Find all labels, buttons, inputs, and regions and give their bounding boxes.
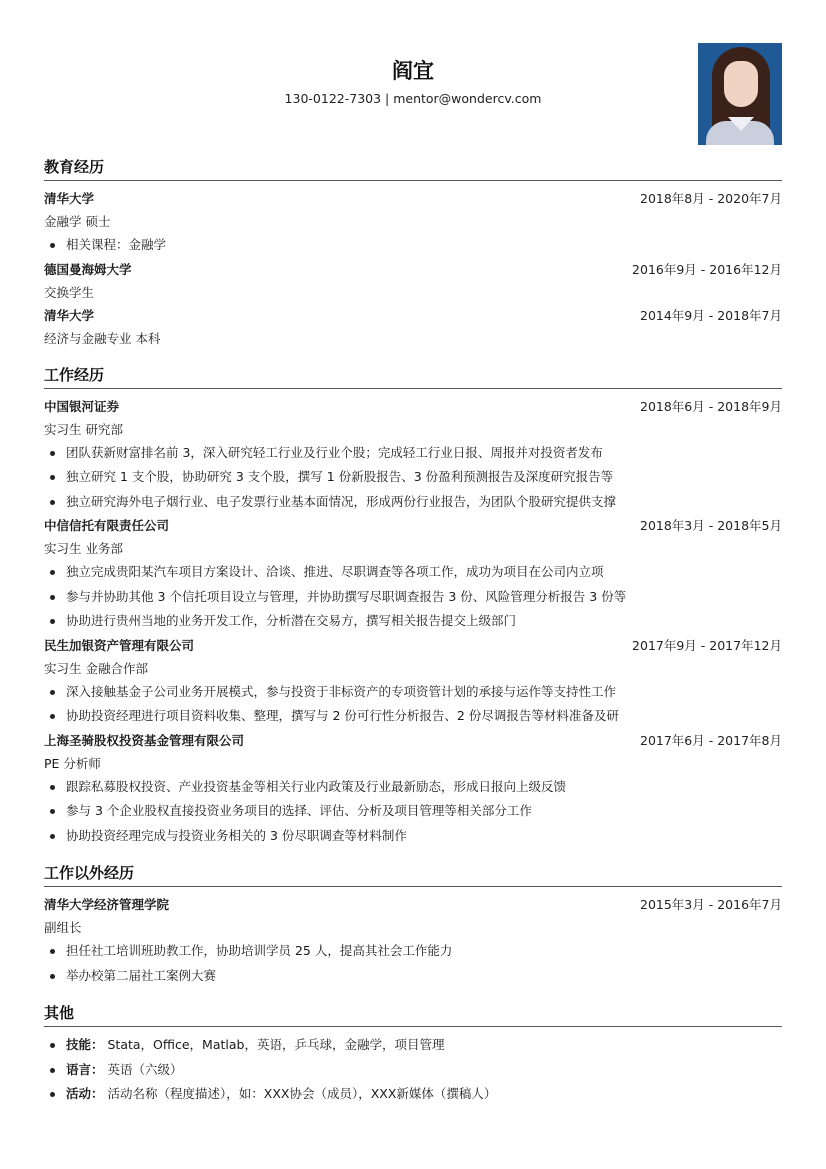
photo-face — [724, 61, 758, 107]
extracurricular-entry: 清华大学经济管理学院 2015年3月 - 2016年7月 副组长 担任社工培训班… — [44, 893, 782, 988]
item-value: 英语（六级） — [108, 1062, 183, 1077]
entry-org: 中国银河证券 — [44, 395, 119, 419]
entry-role: 副组长 — [44, 917, 782, 939]
entry-org: 上海圣骑股权投资基金管理有限公司 — [44, 729, 244, 753]
education-section: 教育经历 清华大学 2018年8月 - 2020年7月 金融学 硕士 相关课程：… — [44, 156, 782, 350]
item-label: 语言： — [66, 1062, 104, 1077]
education-entry: 清华大学 2014年9月 - 2018年7月 经济与金融专业 本科 — [44, 304, 782, 350]
other-section: 其他 技能： Stata，Office，Matlab，英语，乒乓球，金融学，项目… — [44, 1002, 782, 1107]
work-section: 工作经历 中国银河证券 2018年6月 - 2018年9月 实习生 研究部 团队… — [44, 364, 782, 849]
entry-date: 2016年9月 - 2016年12月 — [632, 258, 782, 282]
item-value: Stata，Office，Matlab，英语，乒乓球，金融学，项目管理 — [108, 1037, 445, 1052]
entry-org: 清华大学 — [44, 304, 94, 328]
work-entry: 上海圣骑股权投资基金管理有限公司 2017年6月 - 2017年8月 PE 分析… — [44, 729, 782, 849]
entry-org: 德国曼海姆大学 — [44, 258, 132, 282]
item-value: 活动名称（程度描述），如：XXX协会（成员），XXX新媒体（撰稿人） — [108, 1086, 497, 1101]
education-entry: 德国曼海姆大学 2016年9月 - 2016年12月 交换学生 — [44, 258, 782, 304]
section-title-work: 工作经历 — [44, 364, 782, 389]
bullet-item: 参与 3 个企业股权直接投资业务项目的选择、评估、分析及项目管理等相关部分工作 — [44, 799, 782, 824]
bullet-item: 相关课程：金融学 — [44, 233, 782, 258]
section-title-other: 其他 — [44, 1002, 782, 1027]
bullet-item: 深入接触基金子公司业务开展模式，参与投资于非标资产的专项资管计划的承接与运作等支… — [44, 680, 782, 705]
resume-header: 阎宜 130-0122-7303 | mentor@wondercv.com — [44, 0, 782, 150]
entry-date: 2018年6月 - 2018年9月 — [640, 395, 782, 419]
other-item-language: 语言： 英语（六级） — [44, 1058, 782, 1083]
bullet-item: 协助投资经理进行项目资料收集、整理，撰写与 2 份可行性分析报告、2 份尽调报告… — [44, 704, 782, 729]
bullet-item: 参与并协助其他 3 个信托项目设立与管理，并协助撰写尽职调查报告 3 份、风险管… — [44, 585, 782, 610]
bullet-item: 跟踪私募股权投资、产业投资基金等相关行业内政策及行业最新励态，形成日报向上级反馈 — [44, 775, 782, 800]
entry-date: 2018年3月 - 2018年5月 — [640, 514, 782, 538]
other-item-skills: 技能： Stata，Office，Matlab，英语，乒乓球，金融学，项目管理 — [44, 1033, 782, 1058]
section-title-extracurricular: 工作以外经历 — [44, 862, 782, 887]
item-label: 活动： — [66, 1086, 104, 1101]
bullet-item: 团队获新财富排名前 3，深入研究轻工行业及行业个股；完成轻工行业日报、周报并对投… — [44, 441, 782, 466]
education-entry: 清华大学 2018年8月 - 2020年7月 金融学 硕士 相关课程：金融学 — [44, 187, 782, 258]
entry-date: 2014年9月 - 2018年7月 — [640, 304, 782, 328]
item-label: 技能： — [66, 1037, 104, 1052]
work-entry: 民生加银资产管理有限公司 2017年9月 - 2017年12月 实习生 金融合作… — [44, 634, 782, 729]
section-title-education: 教育经历 — [44, 156, 782, 181]
entry-role: 实习生 研究部 — [44, 419, 782, 441]
bullet-item: 独立研究海外电子烟行业、电子发票行业基本面情况，形成两份行业报告，为团队个股研究… — [44, 490, 782, 515]
entry-role: 金融学 硕士 — [44, 211, 782, 233]
entry-role: PE 分析师 — [44, 753, 782, 775]
contact-info: 130-0122-7303 | mentor@wondercv.com — [44, 91, 782, 106]
entry-org: 中信信托有限责任公司 — [44, 514, 169, 538]
entry-date: 2017年6月 - 2017年8月 — [640, 729, 782, 753]
bullet-item: 独立研究 1 支个股，协助研究 3 支个股，撰写 1 份新股报告、3 份盈利预测… — [44, 465, 782, 490]
bullet-item: 协助投资经理完成与投资业务相关的 3 份尽职调查等材料制作 — [44, 824, 782, 849]
extracurricular-section: 工作以外经历 清华大学经济管理学院 2015年3月 - 2016年7月 副组长 … — [44, 862, 782, 988]
bullet-item: 协助进行贵州当地的业务开发工作，分析潜在交易方，撰写相关报告提交上级部门 — [44, 609, 782, 634]
entry-role: 实习生 金融合作部 — [44, 658, 782, 680]
other-item-activities: 活动： 活动名称（程度描述），如：XXX协会（成员），XXX新媒体（撰稿人） — [44, 1082, 782, 1107]
work-entry: 中信信托有限责任公司 2018年3月 - 2018年5月 实习生 业务部 独立完… — [44, 514, 782, 634]
work-entry: 中国银河证券 2018年6月 - 2018年9月 实习生 研究部 团队获新财富排… — [44, 395, 782, 515]
entry-date: 2015年3月 - 2016年7月 — [640, 893, 782, 917]
bullet-item: 担任社工培训班助教工作，协助培训学员 25 人，提高其社会工作能力 — [44, 939, 782, 964]
bullet-item: 独立完成贵阳某汽车项目方案设计、洽谈、推进、尽职调查等各项工作，成功为项目在公司… — [44, 560, 782, 585]
entry-role: 经济与金融专业 本科 — [44, 328, 782, 350]
candidate-name: 阎宜 — [44, 55, 782, 85]
entry-org: 清华大学 — [44, 187, 94, 211]
bullet-item: 举办校第二届社工案例大赛 — [44, 964, 782, 989]
entry-role: 实习生 业务部 — [44, 538, 782, 560]
entry-role: 交换学生 — [44, 282, 782, 304]
profile-photo — [698, 43, 782, 145]
entry-date: 2018年8月 - 2020年7月 — [640, 187, 782, 211]
entry-org: 清华大学经济管理学院 — [44, 893, 169, 917]
entry-org: 民生加银资产管理有限公司 — [44, 634, 194, 658]
resume-page: 阎宜 130-0122-7303 | mentor@wondercv.com 教… — [44, 0, 782, 1107]
entry-date: 2017年9月 - 2017年12月 — [632, 634, 782, 658]
